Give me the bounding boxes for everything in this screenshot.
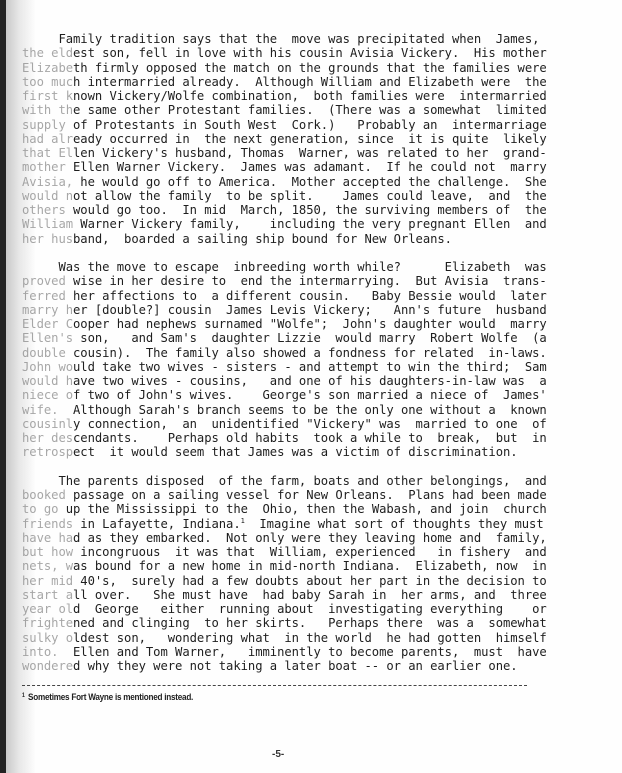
- text-line: wife. Although Sarah's branch seems to b…: [22, 403, 552, 417]
- faded-margin-text: the eld: [22, 46, 73, 60]
- faded-margin-text: but how: [22, 545, 73, 559]
- text-line: year old George either running about inv…: [22, 602, 552, 616]
- text-line: marry her [double?] cousin James Levis V…: [22, 303, 552, 317]
- text-line: Elder Cooper had nephews surnamed "Wolfe…: [22, 317, 552, 331]
- text-line: mother Ellen Warner Vickery. James was a…: [22, 160, 552, 174]
- text-line: William Warner Vickery family, including…: [22, 217, 552, 231]
- text-line: Was the move to escape inbreeding worth …: [22, 260, 552, 274]
- footnote-marker: 1: [22, 693, 25, 699]
- faded-margin-text: would h: [22, 374, 73, 388]
- text-line: would not allow the family to be split. …: [22, 189, 552, 203]
- text-line: her mid 40's, surely had a few doubts ab…: [22, 574, 552, 588]
- text-line: booked passage on a sailing vessel for N…: [22, 488, 552, 502]
- text-line: ferred her affections to a different cou…: [22, 289, 552, 303]
- text-line: proved wise in her desire to end the int…: [22, 274, 552, 288]
- faded-margin-text: with th: [22, 103, 73, 117]
- text-line: John would take two wives - sisters - an…: [22, 360, 552, 374]
- text-line: into. Ellen and Tom Warner, imminently t…: [22, 645, 552, 659]
- body-text: Family tradition says that the move was …: [22, 32, 552, 688]
- faded-margin-text: Elizabe: [22, 61, 73, 75]
- faded-margin-text: retrosp: [22, 445, 73, 459]
- faded-margin-text: year ol: [22, 602, 73, 616]
- faded-margin-text: Avisia,: [22, 175, 73, 189]
- faded-margin-text: her hus: [22, 232, 73, 246]
- faded-margin-text: Elder C: [22, 317, 73, 331]
- text-line: retrospect it would seem that James was …: [22, 445, 552, 459]
- paragraph-1: Family tradition says that the move was …: [22, 32, 552, 246]
- text-line: to go up the Mississippi to the Ohio, th…: [22, 502, 552, 516]
- faded-margin-text: ferred: [22, 289, 73, 303]
- faded-margin-text: her mid: [22, 574, 73, 588]
- faded-margin-text: her des: [22, 431, 73, 445]
- faded-margin-text: nets, w: [22, 559, 73, 573]
- faded-margin-text: niece o: [22, 388, 73, 402]
- faded-margin-text: friends: [22, 517, 73, 531]
- faded-margin-text: proved: [22, 274, 73, 288]
- faded-margin-text: that El: [22, 146, 73, 160]
- paragraph-2: Was the move to escape inbreeding worth …: [22, 260, 552, 460]
- faded-margin-text: into.: [22, 645, 66, 659]
- text-line: her husband, boarded a sailing ship boun…: [22, 232, 552, 246]
- text-line: would have two wives - cousins, and one …: [22, 374, 552, 388]
- faded-margin-text: frighte: [22, 616, 73, 630]
- faded-margin-text: cousinl: [22, 417, 73, 431]
- paragraph-3: The parents disposed of the farm, boats …: [22, 474, 552, 674]
- footnote: 1Sometimes Fort Wayne is mentioned inste…: [22, 692, 193, 703]
- faded-margin-text: have ha: [22, 531, 73, 545]
- footnote-text: Sometimes Fort Wayne is mentioned instea…: [28, 692, 193, 703]
- text-line: double cousin). The family also showed a…: [22, 346, 552, 360]
- faded-margin-text: to go: [22, 502, 58, 516]
- document-page: Family tradition says that the move was …: [0, 0, 622, 773]
- faded-margin-text: first k: [22, 89, 73, 103]
- faded-margin-text: too muc: [22, 75, 73, 89]
- footnote-separator: [22, 685, 527, 686]
- text-line: Ellen's son, and Sam's daughter Lizzie w…: [22, 331, 552, 345]
- faded-margin-text: sulky o: [22, 631, 73, 645]
- text-line: too much intermarried already. Although …: [22, 75, 552, 89]
- faded-margin-text: start a: [22, 588, 73, 602]
- faded-margin-text: mother: [22, 160, 73, 174]
- faded-margin-text: had alr: [22, 132, 73, 146]
- faded-margin-text: wife.: [22, 403, 66, 417]
- text-line: that Ellen Vickery's husband, Thomas War…: [22, 146, 552, 160]
- page-number: -5-: [272, 749, 284, 760]
- text-line: nets, was bound for a new home in mid-no…: [22, 559, 552, 573]
- footnote-reference: 1: [241, 517, 245, 525]
- text-line: start all over. She must have had baby S…: [22, 588, 552, 602]
- text-line: Avisia, he would go off to America. Moth…: [22, 175, 552, 189]
- text-line: The parents disposed of the farm, boats …: [22, 474, 552, 488]
- faded-margin-text: supply: [22, 118, 73, 132]
- faded-margin-text: would n: [22, 189, 73, 203]
- text-line: Family tradition says that the move was …: [22, 32, 552, 46]
- text-line: cousinly connection, an unidentified "Vi…: [22, 417, 552, 431]
- text-line: supply of Protestants in South West Cork…: [22, 118, 552, 132]
- text-line: wondered why they were not taking a late…: [22, 659, 552, 673]
- faded-margin-text: marry h: [22, 303, 73, 317]
- text-line: have had as they embarked. Not only were…: [22, 531, 552, 545]
- faded-margin-text: Ellen's: [22, 331, 73, 345]
- faded-margin-text: double: [22, 346, 73, 360]
- text-line: friends in Lafayette, Indiana.1 Imagine …: [22, 517, 552, 531]
- faded-margin-text: William: [22, 217, 73, 231]
- text-line: sulky oldest son, wondering what in the …: [22, 631, 552, 645]
- text-line: had already occurred in the next generat…: [22, 132, 552, 146]
- faded-margin-text: others: [22, 203, 73, 217]
- text-line: first known Vickery/Wolfe combination, b…: [22, 89, 552, 103]
- faded-margin-text: John wo: [22, 360, 73, 374]
- text-line: with the same other Protestant families.…: [22, 103, 552, 117]
- text-line: frightened and clinging to her skirts. P…: [22, 616, 552, 630]
- text-line: Elizabeth firmly opposed the match on th…: [22, 61, 552, 75]
- text-line: the eldest son, fell in love with his co…: [22, 46, 552, 60]
- text-line: her descendants. Perhaps old habits took…: [22, 431, 552, 445]
- text-line: others would go too. In mid March, 1850,…: [22, 203, 552, 217]
- faded-margin-text: booked: [22, 488, 73, 502]
- faded-margin-text: wondere: [22, 659, 73, 673]
- text-line: niece of two of John's wives. George's s…: [22, 388, 552, 402]
- text-line: but how incongruous it was that William,…: [22, 545, 552, 559]
